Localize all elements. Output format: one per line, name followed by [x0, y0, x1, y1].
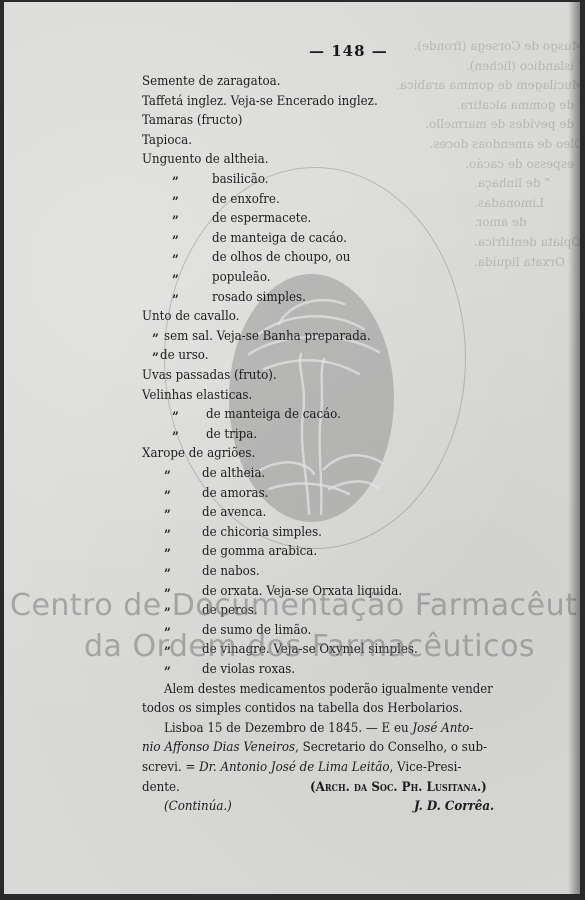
list-item: de olhos de choupo, ou	[212, 248, 350, 268]
list-item: de gomma arabica.	[202, 542, 317, 562]
bleed-through-line: de amor.	[474, 213, 580, 233]
secretary-name: José Anto-	[412, 721, 473, 736]
closing-paragraph-line: Alem destes medicamentos poderão igualme…	[164, 680, 493, 700]
ditto-mark: ”	[164, 565, 171, 585]
bleed-through-line: ” de linhaça.	[474, 174, 580, 194]
list-item: rosado simples.	[212, 288, 306, 308]
list-item: populeão.	[212, 268, 271, 288]
list-item: Xarope de agriões.	[142, 444, 255, 464]
list-item: basilicão.	[212, 170, 269, 190]
list-item: de espermacete.	[212, 209, 311, 229]
bleed-through-line: Mucilagem de gomma arabica.	[474, 76, 580, 96]
bleed-through-line: ” de pevides de marmello.	[474, 115, 580, 135]
list-item: Semente de zaragatoa.	[142, 72, 280, 92]
list-item: de altheia.	[202, 464, 265, 484]
bleed-through-line: Oleo de amendoas doces.	[474, 135, 580, 155]
watermark-line-2: da Ordem dos Farmacêuticos	[84, 629, 535, 664]
subscribed-text: screvi. =	[142, 760, 199, 775]
ditto-mark: ”	[164, 545, 171, 565]
ditto-mark: ”	[152, 330, 159, 350]
bleed-through-line: ” de gomma alcatira.	[474, 96, 580, 116]
ditto-mark: ”	[172, 212, 179, 232]
signature-line: nio Affonso Dias Veneiros, Secretario do…	[142, 738, 487, 758]
list-item: Taffetá inglez. Veja-se Encerado inglez.	[142, 92, 378, 112]
ditto-mark: ”	[164, 526, 171, 546]
signature-line: screvi. = Dr. Antonio José de Lima Leitã…	[142, 758, 461, 778]
list-item: sem sal. Veja-se Banha preparada.	[164, 327, 371, 347]
ditto-mark: ”	[172, 408, 179, 428]
date-text: Lisboa 15 de Dezembro de 1845. — E eu	[164, 721, 412, 736]
list-item: de nabos.	[202, 562, 260, 582]
list-item: de enxofre.	[212, 190, 280, 210]
list-item: de tripa.	[206, 425, 257, 445]
list-item: Unguento de altheia.	[142, 150, 269, 170]
signature-line: dente.	[142, 778, 180, 798]
ditto-mark: ”	[172, 251, 179, 271]
vice-president-title: , Vice-Presi-	[389, 760, 461, 775]
list-item: Tamaras (fructo)	[142, 111, 242, 131]
document-page: Musgo de Corsega (fronde).” islandico (l…	[4, 2, 580, 894]
list-item: Unto de cavallo.	[142, 307, 239, 327]
list-item: Velinhas elasticas.	[142, 386, 252, 406]
ditto-mark: ”	[172, 271, 179, 291]
list-item: Uvas passadas (fruto).	[142, 366, 277, 386]
ditto-mark: ”	[172, 193, 179, 213]
list-item: Tapioca.	[142, 131, 192, 151]
ditto-mark: ”	[164, 506, 171, 526]
closing-paragraph-line: todos os simples contidos na tabella dos…	[142, 699, 462, 719]
list-item: de manteiga de cacáo.	[206, 405, 341, 425]
bleed-through-line: ” islandico (lichen).	[474, 57, 580, 77]
bleed-through-line: Musgo de Corsega (fronde).	[474, 37, 580, 57]
bleed-through-text: Musgo de Corsega (fronde).” islandico (l…	[474, 37, 580, 272]
bleed-through-line: Orxata liquida.	[474, 253, 580, 273]
signature-line: Lisboa 15 de Dezembro de 1845. — E eu Jo…	[164, 719, 473, 739]
list-item: de avenca.	[202, 503, 266, 523]
bleed-through-line: ” espesso de cacáo.	[474, 155, 580, 175]
continues-note: (Continúa.)	[164, 797, 232, 817]
ditto-mark: ”	[172, 232, 179, 252]
page-number: — 148 —	[309, 42, 388, 60]
bleed-through-line: Opiata dentifrica.	[474, 233, 580, 253]
list-item: de manteiga de cacáo.	[212, 229, 347, 249]
list-item: de urso.	[160, 346, 208, 366]
ditto-mark: ”	[164, 467, 171, 487]
secretary-name: nio Affonso Dias Veneiros	[142, 740, 295, 755]
ditto-mark: ”	[172, 173, 179, 193]
author-signature: J. D. Corrêa.	[414, 797, 494, 817]
vice-president-name: Dr. Antonio José de Lima Leitão	[199, 760, 389, 775]
source-citation: (Arch. da Soc. Ph. Lusitana.)	[310, 778, 487, 798]
list-item: de amoras.	[202, 484, 268, 504]
list-item: de chicoria simples.	[202, 523, 322, 543]
secretary-title: , Secretario do Conselho, o sub-	[295, 740, 487, 755]
watermark-line-1: Centro de Documentação Farmacêutica	[10, 588, 580, 623]
bleed-through-line: Limonadas.	[474, 194, 580, 214]
ditto-mark: ”	[164, 487, 171, 507]
